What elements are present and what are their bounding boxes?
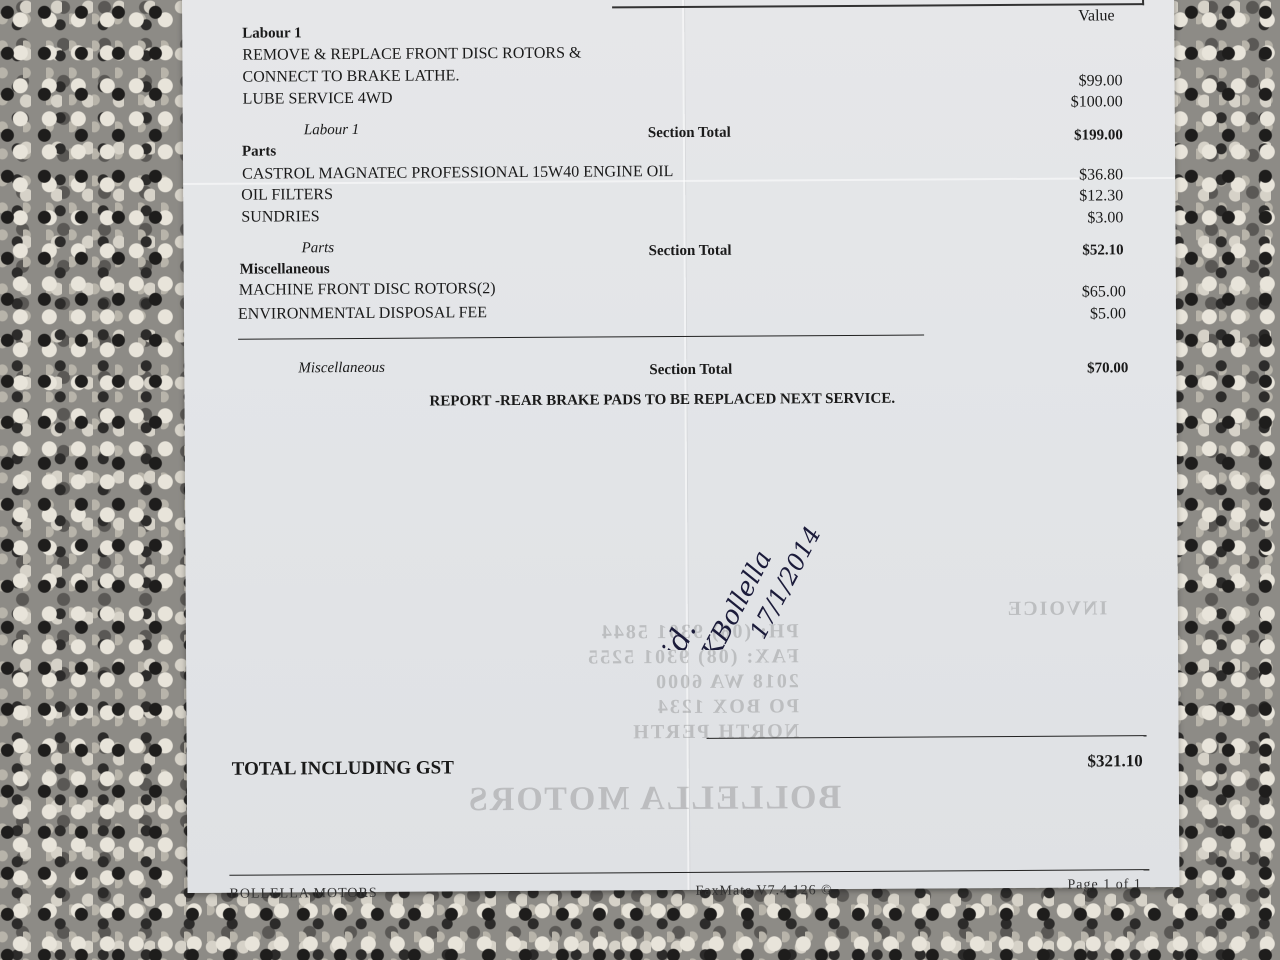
line-item-description: OIL FILTERS	[241, 186, 333, 205]
section-heading-labour: Labour 1	[242, 25, 301, 42]
section-total-value: $70.00	[1008, 360, 1128, 378]
section-heading-parts: Parts	[242, 143, 276, 160]
footer-company: BOLLELLA MOTORS	[229, 886, 377, 903]
line-item-description: CONNECT TO BRAKE LATHE.	[242, 67, 459, 86]
handwritten-paid-signature: Paid. KBollella 17/1/2014	[570, 480, 830, 650]
line-item-value: $5.00	[1006, 305, 1126, 324]
bleed-through-text: BOLLELLA MOTORS	[467, 779, 841, 819]
footer-page-number: Page 1 of 1	[1067, 877, 1141, 893]
line-item-value: $100.00	[1003, 93, 1123, 112]
grand-total-value: $321.10	[1023, 751, 1143, 772]
header-box-edge	[612, 0, 1144, 8]
section-total-label: Section Total	[649, 362, 732, 380]
section-total-label-italic: Labour 1	[304, 122, 360, 139]
section-total-label: Section Total	[649, 243, 732, 261]
handwriting-paid: Paid.	[637, 615, 704, 650]
grand-total-label: TOTAL INCLUDING GST	[232, 757, 454, 780]
line-item-description: SUNDRIES	[241, 208, 319, 226]
line-item-description: LUBE SERVICE 4WD	[243, 90, 393, 109]
section-divider	[238, 335, 924, 340]
line-item-value: $3.00	[1003, 209, 1123, 228]
bleed-through-text: INVOICE	[1006, 597, 1108, 621]
section-total-value: $52.10	[1004, 242, 1124, 260]
line-item-value: $65.00	[1006, 283, 1126, 302]
line-item-description: REMOVE & REPLACE FRONT DISC ROTORS &	[242, 45, 581, 65]
section-total-label-italic: Miscellaneous	[298, 360, 385, 378]
section-heading-miscellaneous: Miscellaneous	[240, 261, 330, 279]
line-item-description: CASTROL MAGNATEC PROFESSIONAL 15W40 ENGI…	[242, 163, 673, 184]
line-item-description: MACHINE FRONT DISC ROTORS(2)	[239, 280, 496, 300]
line-item-value: $36.80	[1003, 166, 1123, 185]
section-total-label: Section Total	[648, 125, 731, 143]
service-report: REPORT -REAR BRAKE PADS TO BE REPLACED N…	[429, 391, 895, 411]
footer-software: FaxMate V7.4.126 ©	[695, 883, 832, 900]
line-item-description: ENVIRONMENTAL DISPOSAL FEE	[238, 304, 487, 324]
value-column-header: Value	[1078, 7, 1115, 25]
invoice-paper: Value Labour 1 REMOVE & REPLACE FRONT DI…	[182, 0, 1179, 893]
section-total-label-italic: Parts	[302, 240, 335, 257]
section-total-value: $199.00	[1003, 127, 1123, 145]
line-item-value: $99.00	[1003, 72, 1123, 91]
line-item-value: $12.30	[1003, 187, 1123, 206]
